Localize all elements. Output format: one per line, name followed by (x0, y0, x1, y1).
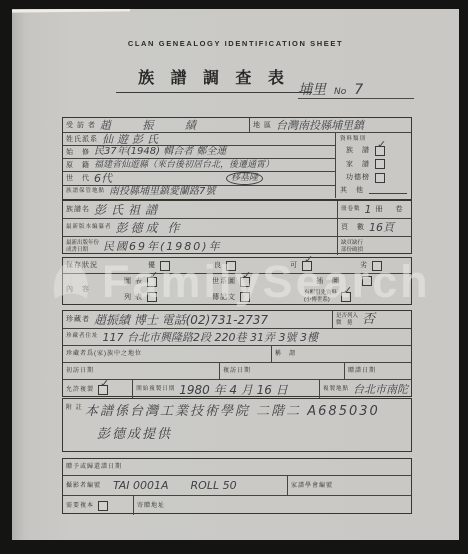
page-number-handwriting: 7 (354, 83, 363, 97)
damage-label-line1: 缺頁缺行 (341, 240, 363, 246)
salutation-label: 稱 謂 (275, 351, 296, 357)
material-other-blank-line (369, 186, 407, 194)
permission-checkbox: ✓ (98, 385, 108, 395)
pages-handwriting: 16頁 (369, 222, 394, 233)
row-copy-request: 需要複本 寄贈地址 (63, 496, 411, 515)
first-visit-cell: 初訪日期 (63, 363, 220, 379)
region-label: 地 區 (253, 122, 272, 129)
page-no-label: No (334, 88, 346, 97)
title-label: 族譜名 (66, 206, 90, 213)
material-gongdebang-label: 功德榜 (346, 174, 370, 181)
contents-col1: 圖 表 ✓ 列 表 (124, 274, 212, 305)
copy-date-label: 開始複製日期 (136, 387, 175, 393)
film-number-label: 攝影者編號 (66, 483, 101, 489)
condition-cell: 保存狀況 優 良 可 ✓ 劣 (63, 258, 411, 273)
send-address-label: 寄贈地址 (137, 503, 165, 509)
copy-request-cell: 需要複本 (63, 496, 134, 515)
row-generations: 世 代 6代 移基隆 (63, 172, 335, 186)
content-chart-item: 圖 表 ✓ (124, 277, 212, 287)
film-number-cell: 攝影者編號 TAI 0001A ROLL 50 (63, 476, 288, 495)
title-cell: 族譜名 彭氏祖譜 (63, 201, 338, 218)
content-pedigree-chart-checkbox: ✓ (240, 277, 250, 287)
storage-handwriting: 南投縣埔里鎮愛蘭路7號 (109, 187, 215, 197)
microfilm-cell: 是否列入 微 捲 否 (333, 311, 411, 328)
content-list-item: 列 表 (124, 292, 212, 302)
return-date-cell: 贈予或歸還譜日期 (63, 459, 411, 475)
notes-handwriting-line1: 本譜係台灣工業技術學院 二階二 A685030 (85, 405, 380, 418)
material-item-zupu: 族 譜 ✓ (340, 146, 407, 156)
contents-col2: 世系圖 ✓ 傳記文 (212, 274, 304, 305)
damage-label-line2: 部份破損 (341, 247, 363, 253)
interviewee-handwriting: 趙 振 績 (100, 120, 210, 131)
salutation-cell: 稱 謂 (272, 346, 411, 362)
content-list-checkbox (147, 292, 157, 302)
owner-label: 珍藏者 (66, 316, 90, 323)
generations-label: 世 代 (66, 175, 90, 182)
region-handwriting: 台灣南投縣埔里鎮 (276, 120, 364, 131)
check-mark: ✓ (242, 270, 251, 281)
row-owner: 珍藏者 趙振績 博士 電話(02)731-2737 是否列入 微 捲 否 (63, 311, 411, 329)
copy-request-label: 需要複本 (66, 503, 94, 509)
compiler-handwriting: 彭德成 作 (116, 222, 183, 234)
content-ancestor-data-label2: (小傳世系) (304, 297, 337, 303)
content-illustration-checkbox (362, 276, 372, 286)
origin-cell: 原 籍 福建省仙遊縣（來台後初居台北，後遷通霄） (63, 159, 335, 171)
position-label: 珍藏者爲(家)族中之地位 (66, 351, 142, 357)
send-address-cell: 寄贈地址 (134, 496, 411, 515)
copy-request-checkbox (98, 501, 108, 511)
interviewee-label: 受 訪 者 (66, 122, 96, 129)
page-number-area: 埔里 No 7 (298, 83, 414, 99)
material-zupu-checkbox: ✓ (375, 146, 385, 156)
check-mark: ✓ (100, 378, 109, 389)
position-cell: 珍藏者爲(家)族中之地位 (63, 346, 272, 362)
permission-cell: 允許複製 ✓ (63, 380, 133, 399)
microfilm-handwriting: 否 (362, 313, 375, 326)
row-first-compiled: 始 修 民37年(1948) 輯合者 鄭全連 (63, 146, 335, 159)
roll-number-handwriting: ROLL 50 (191, 480, 237, 491)
row-lineage: 姓氏派系 仙遊彭氏 (63, 133, 335, 146)
origin-label: 原 籍 (66, 162, 90, 169)
microfilm-label-line1: 是否列入 (336, 313, 358, 319)
volumes-unit2: 卷 (396, 206, 404, 213)
content-biography-item: 傳記文 (212, 292, 304, 302)
pubdate-label-line2: 成書日期 (66, 247, 99, 253)
volumes-label: 冊卷數 (341, 207, 361, 213)
title-handwriting: 彭氏祖譜 (94, 204, 162, 216)
content-pedigree-chart-label: 世系圖 (212, 278, 236, 285)
material-jiapu-checkbox (375, 159, 385, 169)
copy-place-cell: 複製地點 台北市南陀 (320, 380, 411, 399)
film-number-handwriting: TAI 0001A (113, 480, 169, 491)
address-label: 珍藏者住址 (66, 334, 99, 340)
material-item-jiapu: 家 譜 (340, 159, 407, 169)
contents-col3: 插 圖 有關祖先資料 (小傳世系) ✓ (304, 274, 408, 305)
condition-poor-label: 劣 (360, 262, 368, 269)
society-number-cell: 家譜學會編號 (288, 476, 411, 495)
condition-fair-label: 可 (290, 262, 298, 269)
condition-good-label: 良 (214, 262, 222, 269)
identity-box: 受 訪 者 趙 振 績 地 區 台灣南投縣埔里鎮 姓氏派系 仙遊彭氏 始 修 (62, 117, 412, 200)
english-title: CLAN GENEALOGY IDENTIFICATION SHEET (12, 39, 459, 48)
society-number-label: 家譜學會編號 (291, 483, 333, 489)
row-return-date: 贈予或歸還譜日期 (63, 459, 411, 476)
contents-label: 內 容 (66, 286, 124, 293)
material-zupu-label: 族 譜 (346, 147, 370, 154)
condition-fair-checkbox: ✓ (302, 261, 312, 271)
condition-good-checkbox (226, 261, 236, 271)
check-mark: ✓ (377, 139, 386, 150)
first-compiled-cell: 始 修 民37年(1948) 輯合者 鄭全連 (63, 146, 335, 158)
row-origin: 原 籍 福建省仙遊縣（來台後初居台北，後遷通霄） (63, 159, 335, 172)
row-interviewee: 受 訪 者 趙 振 績 地 區 台灣南投縣埔里鎮 (63, 118, 411, 133)
material-type-panel: 資料類別 族 譜 ✓ 家 譜 功德榜 其 他 (335, 133, 411, 198)
return-date-label: 贈予或歸還譜日期 (66, 464, 122, 470)
pages-label: 頁 數 (341, 224, 365, 231)
condition-label: 保存狀況 (66, 262, 124, 269)
chinese-title: 族 譜 調 查 表 (116, 65, 312, 93)
owner-cell: 珍藏者 趙振績 博士 電話(02)731-2737 (63, 311, 333, 328)
gift-date-label: 贈譜日期 (348, 368, 376, 374)
content-biography-label: 傳記文 (212, 294, 236, 301)
copy-place-label: 複製地點 (323, 387, 349, 393)
material-jiapu-label: 家 譜 (346, 161, 370, 168)
check-mark: ✓ (343, 285, 352, 296)
copy-date-cell: 開始複製日期 1980 年 4 月 16 日 (133, 380, 320, 399)
material-other-label: 其 他 (340, 187, 364, 194)
condition-opt-good: 良 (214, 261, 236, 271)
scan-edge-artifact (12, 9, 130, 13)
material-item-other: 其 他 (340, 186, 407, 194)
row-compiler: 最新版本編纂者 彭德成 作 頁 數 16頁 (63, 219, 411, 237)
revisit-cell: 複訪日期 (220, 363, 345, 379)
notes-label: 附 註 (66, 405, 83, 411)
processing-box: 贈予或歸還譜日期 攝影者編號 TAI 0001A ROLL 50 家譜學會編號 … (62, 458, 412, 514)
row-pubdate: 最新出版年份 成書日期 民國69年(1980)年 缺頁缺行 部份破損 (63, 237, 411, 255)
custody-box: 珍藏者 趙振績 博士 電話(02)731-2737 是否列入 微 捲 否 珍藏者… (62, 310, 412, 397)
row-visit-dates: 初訪日期 複訪日期 贈譜日期 (63, 363, 411, 380)
condition-box: 保存狀況 優 良 可 ✓ 劣 (62, 257, 412, 305)
scanned-paper: CLAN GENEALOGY IDENTIFICATION SHEET 族 譜 … (12, 9, 459, 540)
origin-note-circled: 移基隆 (226, 172, 263, 185)
region-cell: 地 區 台灣南投縣埔里鎮 (250, 118, 411, 132)
content-ancestor-data-checkbox: ✓ (341, 292, 351, 302)
revisit-label: 複訪日期 (223, 368, 251, 374)
condition-poor-checkbox (372, 261, 382, 271)
volumes-unit1: 冊 (376, 206, 384, 213)
compiler-cell: 最新版本編纂者 彭德成 作 (63, 219, 338, 236)
condition-opt-fair: 可 ✓ (290, 261, 312, 271)
notes-box: 附 註 本譜係台灣工業技術學院 二階二 A685030 彭德成提供 (62, 398, 412, 452)
permission-label: 允許複製 (66, 387, 94, 393)
row-storage: 族譜保管地點 南投縣埔里鎮愛蘭路7號 (63, 186, 335, 198)
check-mark: ✓ (304, 254, 313, 265)
content-ancestor-data-label1: 有關祖先資料 (304, 290, 337, 296)
copy-date-handwriting: 1980 年 4 月 16 日 (179, 384, 288, 396)
generations-handwriting: 6代 (94, 173, 112, 184)
row-copy-info: 允許複製 ✓ 開始複製日期 1980 年 4 月 16 日 複製地點 台北市南陀 (63, 380, 411, 399)
pages-cell: 頁 數 16頁 (338, 219, 411, 236)
content-list-label: 列 表 (124, 294, 143, 301)
condition-excellent-label: 優 (148, 262, 156, 269)
lineage-cell: 姓氏派系 仙遊彭氏 (63, 133, 335, 145)
address-handwriting: 117 台北市興隆路2段 220巷 31弄 3號 3樓 (103, 332, 318, 343)
pubdate-handwriting: 民國69年(1980)年 (103, 241, 222, 252)
first-compiled-handwriting: 民37年(1948) 輯合者 鄭全連 (94, 147, 226, 157)
content-pedigree-chart-item: 世系圖 ✓ (212, 277, 304, 287)
row-condition: 保存狀況 優 良 可 ✓ 劣 (63, 258, 411, 274)
notes-handwriting-line2: 彭德成提供 (97, 428, 172, 441)
row-position: 珍藏者爲(家)族中之地位 稱 謂 (63, 346, 411, 363)
content-biography-checkbox (240, 292, 250, 302)
address-cell: 珍藏者住址 117 台北市興隆路2段 220巷 31弄 3號 3樓 (63, 329, 411, 345)
content-illustration-label: 插 圖 (316, 278, 340, 285)
volumes-cell: 冊卷數 1 冊 卷 (338, 201, 411, 218)
interviewee-cell: 受 訪 者 趙 振 績 (63, 118, 250, 132)
lineage-label: 姓氏派系 (66, 136, 98, 143)
condition-opt-poor: 劣 (360, 261, 382, 271)
pubdate-cell: 最新出版年份 成書日期 民國69年(1980)年 (63, 237, 338, 255)
microfilm-label-line2: 微 捲 (336, 320, 358, 326)
volumes-handwriting: 1 (365, 204, 372, 215)
material-gongdebang-checkbox (375, 173, 385, 183)
content-chart-label: 圖 表 (124, 278, 143, 285)
storage-label: 族譜保管地點 (66, 189, 105, 195)
condition-excellent-checkbox (160, 261, 170, 271)
check-mark: ✓ (149, 270, 158, 281)
first-visit-label: 初訪日期 (66, 368, 94, 374)
page-area-handwriting: 埔里 (298, 83, 326, 97)
pubdate-label-line1: 最新出版年份 (66, 240, 99, 246)
origin-handwriting: 福建省仙遊縣（來台後初居台北，後遷通霄） (94, 161, 274, 170)
material-type-header: 資料類別 (340, 137, 407, 143)
contents-cell: 內 容 圖 表 ✓ 列 表 世系圖 ✓ (63, 274, 411, 305)
lineage-handwriting: 仙遊彭氏 (102, 134, 162, 145)
volume-box: 族譜名 彭氏祖譜 冊卷數 1 冊 卷 最新版本編纂者 彭德成 作 頁 數 16頁 (62, 200, 412, 254)
damage-cell: 缺頁缺行 部份破損 (338, 237, 411, 255)
owner-handwriting: 趙振績 博士 電話(02)731-2737 (94, 314, 268, 326)
row-address: 珍藏者住址 117 台北市興隆路2段 220巷 31弄 3號 3樓 (63, 329, 411, 346)
content-illustration-item: 插 圖 (304, 276, 408, 286)
storage-cell: 族譜保管地點 南投縣埔里鎮愛蘭路7號 (63, 186, 335, 198)
row-film-number: 攝影者編號 TAI 0001A ROLL 50 家譜學會編號 (63, 476, 411, 496)
row-title: 族譜名 彭氏祖譜 冊卷數 1 冊 卷 (63, 201, 411, 219)
gift-date-cell: 贈譜日期 (345, 363, 411, 379)
material-item-gongdebang: 功德榜 (340, 173, 407, 183)
row-contents: 內 容 圖 表 ✓ 列 表 世系圖 ✓ (63, 274, 411, 305)
copy-place-handwriting: 台北市南陀 (353, 384, 408, 395)
content-chart-checkbox: ✓ (147, 277, 157, 287)
generations-cell: 世 代 6代 移基隆 (63, 172, 335, 185)
scanned-genealogy-sheet: { "watermark": { "text": "FamilySearch" … (0, 0, 468, 554)
first-compiled-label: 始 修 (66, 149, 90, 156)
content-ancestor-data-item: 有關祖先資料 (小傳世系) ✓ (304, 290, 408, 303)
compiler-label: 最新版本編纂者 (66, 225, 112, 231)
